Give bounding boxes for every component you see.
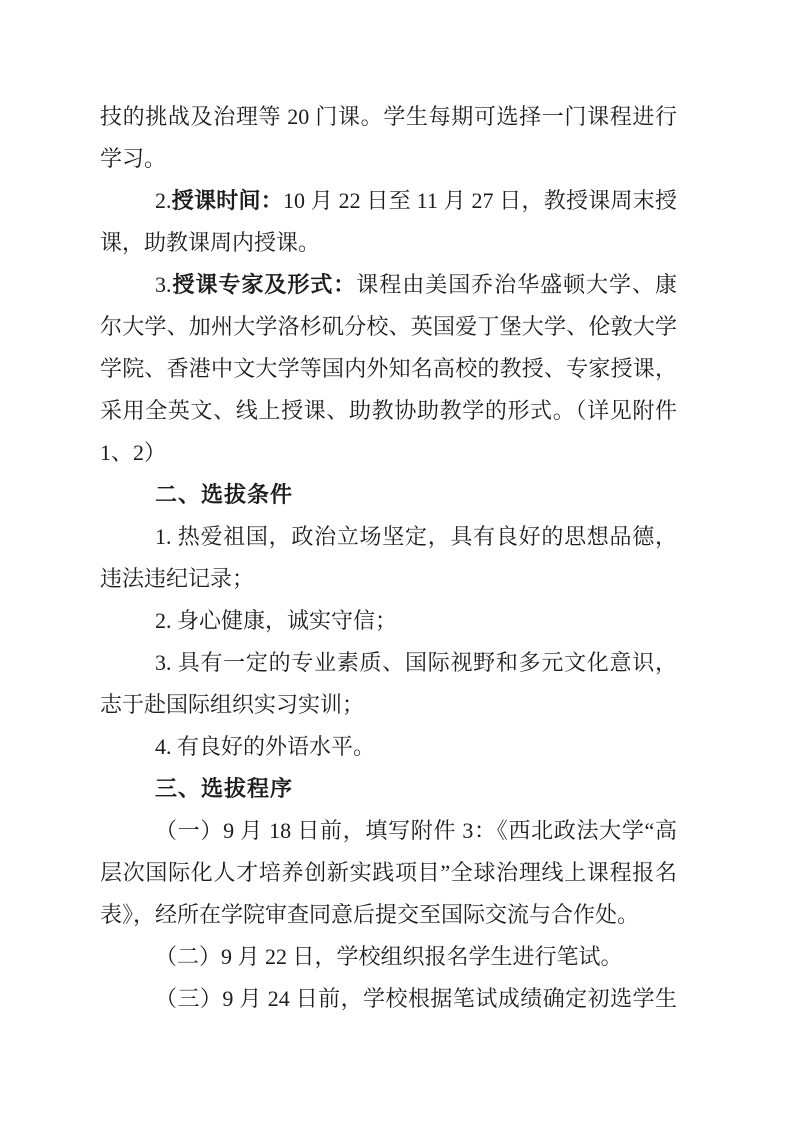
- text-line: 技的挑战及治理等 20 门课。学生每期可选择一门课程进行: [100, 96, 677, 138]
- text-line: （三）9 月 24 日前，学校根据笔试成绩确定初选学生名: [100, 978, 677, 1020]
- text-line: 3.授课专家及形式：课程由美国乔治华盛顿大学、康奈: [100, 264, 677, 306]
- text-run: 10 月 22 日至 11 月 27 日，教授课周末授: [283, 188, 677, 213]
- text-line: 尔大学、加州大学洛杉矶分校、英国爱丁堡大学、伦敦大学: [100, 306, 677, 348]
- text-line: 学习。: [100, 138, 677, 180]
- label-teaching-time: 授课时间：: [172, 188, 283, 213]
- paragraph-criteria-3: 3. 具有一定的专业素质、国际视野和多元文化意识，有 志于赴国际组织实习实训；: [100, 642, 677, 726]
- item-number: 3.: [155, 272, 172, 297]
- text-line: 1、2）: [100, 432, 677, 474]
- paragraph-teaching-experts-format: 3.授课专家及形式：课程由美国乔治华盛顿大学、康奈 尔大学、加州大学洛杉矶分校、…: [100, 264, 677, 474]
- text-line: 学院、香港中文大学等国内外知名高校的教授、专家授课，: [100, 348, 677, 390]
- text-line: 课，助教课周内授课。: [100, 222, 677, 264]
- section-heading-selection-criteria: 二、选拔条件: [100, 474, 677, 516]
- text-line: 1. 热爱祖国，政治立场坚定，具有良好的思想品德，无: [100, 516, 677, 558]
- text-line: （二）9 月 22 日，学校组织报名学生进行笔试。: [100, 936, 677, 978]
- paragraph-procedure-3: （三）9 月 24 日前，学校根据笔试成绩确定初选学生名: [100, 978, 677, 1020]
- document-text-block: 技的挑战及治理等 20 门课。学生每期可选择一门课程进行 学习。 2.授课时间：…: [100, 96, 677, 1020]
- text-line: 4. 有良好的外语水平。: [100, 726, 677, 768]
- paragraph-criteria-1: 1. 热爱祖国，政治立场坚定，具有良好的思想品德，无 违法违纪记录；: [100, 516, 677, 600]
- paragraph-procedure-1: （一）9 月 18 日前，填写附件 3：《西北政法大学“高 层次国际化人才培养创…: [100, 810, 677, 936]
- paragraph-criteria-2: 2. 身心健康，诚实守信；: [100, 600, 677, 642]
- text-line: （一）9 月 18 日前，填写附件 3：《西北政法大学“高: [100, 810, 677, 852]
- document-page: 技的挑战及治理等 20 门课。学生每期可选择一门课程进行 学习。 2.授课时间：…: [0, 0, 793, 1122]
- text-line: 表》，经所在学院审查同意后提交至国际交流与合作处。: [100, 894, 677, 936]
- text-line: 违法违纪记录；: [100, 558, 677, 600]
- text-line: 志于赴国际组织实习实训；: [100, 684, 677, 726]
- paragraph-course-intro-continued: 技的挑战及治理等 20 门课。学生每期可选择一门课程进行 学习。: [100, 96, 677, 180]
- item-number: 2.: [155, 188, 172, 213]
- text-line: 3. 具有一定的专业素质、国际视野和多元文化意识，有: [100, 642, 677, 684]
- text-line: 2.授课时间：10 月 22 日至 11 月 27 日，教授课周末授: [100, 180, 677, 222]
- paragraph-procedure-2: （二）9 月 22 日，学校组织报名学生进行笔试。: [100, 936, 677, 978]
- section-heading-selection-procedure: 三、选拔程序: [100, 768, 677, 810]
- paragraph-teaching-time: 2.授课时间：10 月 22 日至 11 月 27 日，教授课周末授 课，助教课…: [100, 180, 677, 264]
- text-line: 层次国际化人才培养创新实践项目”全球治理线上课程报名: [100, 852, 677, 894]
- paragraph-criteria-4: 4. 有良好的外语水平。: [100, 726, 677, 768]
- text-line: 2. 身心健康，诚实守信；: [100, 600, 677, 642]
- label-experts-format: 授课专家及形式：: [172, 272, 357, 297]
- text-line: 采用全英文、线上授课、助教协助教学的形式。（详见附件: [100, 390, 677, 432]
